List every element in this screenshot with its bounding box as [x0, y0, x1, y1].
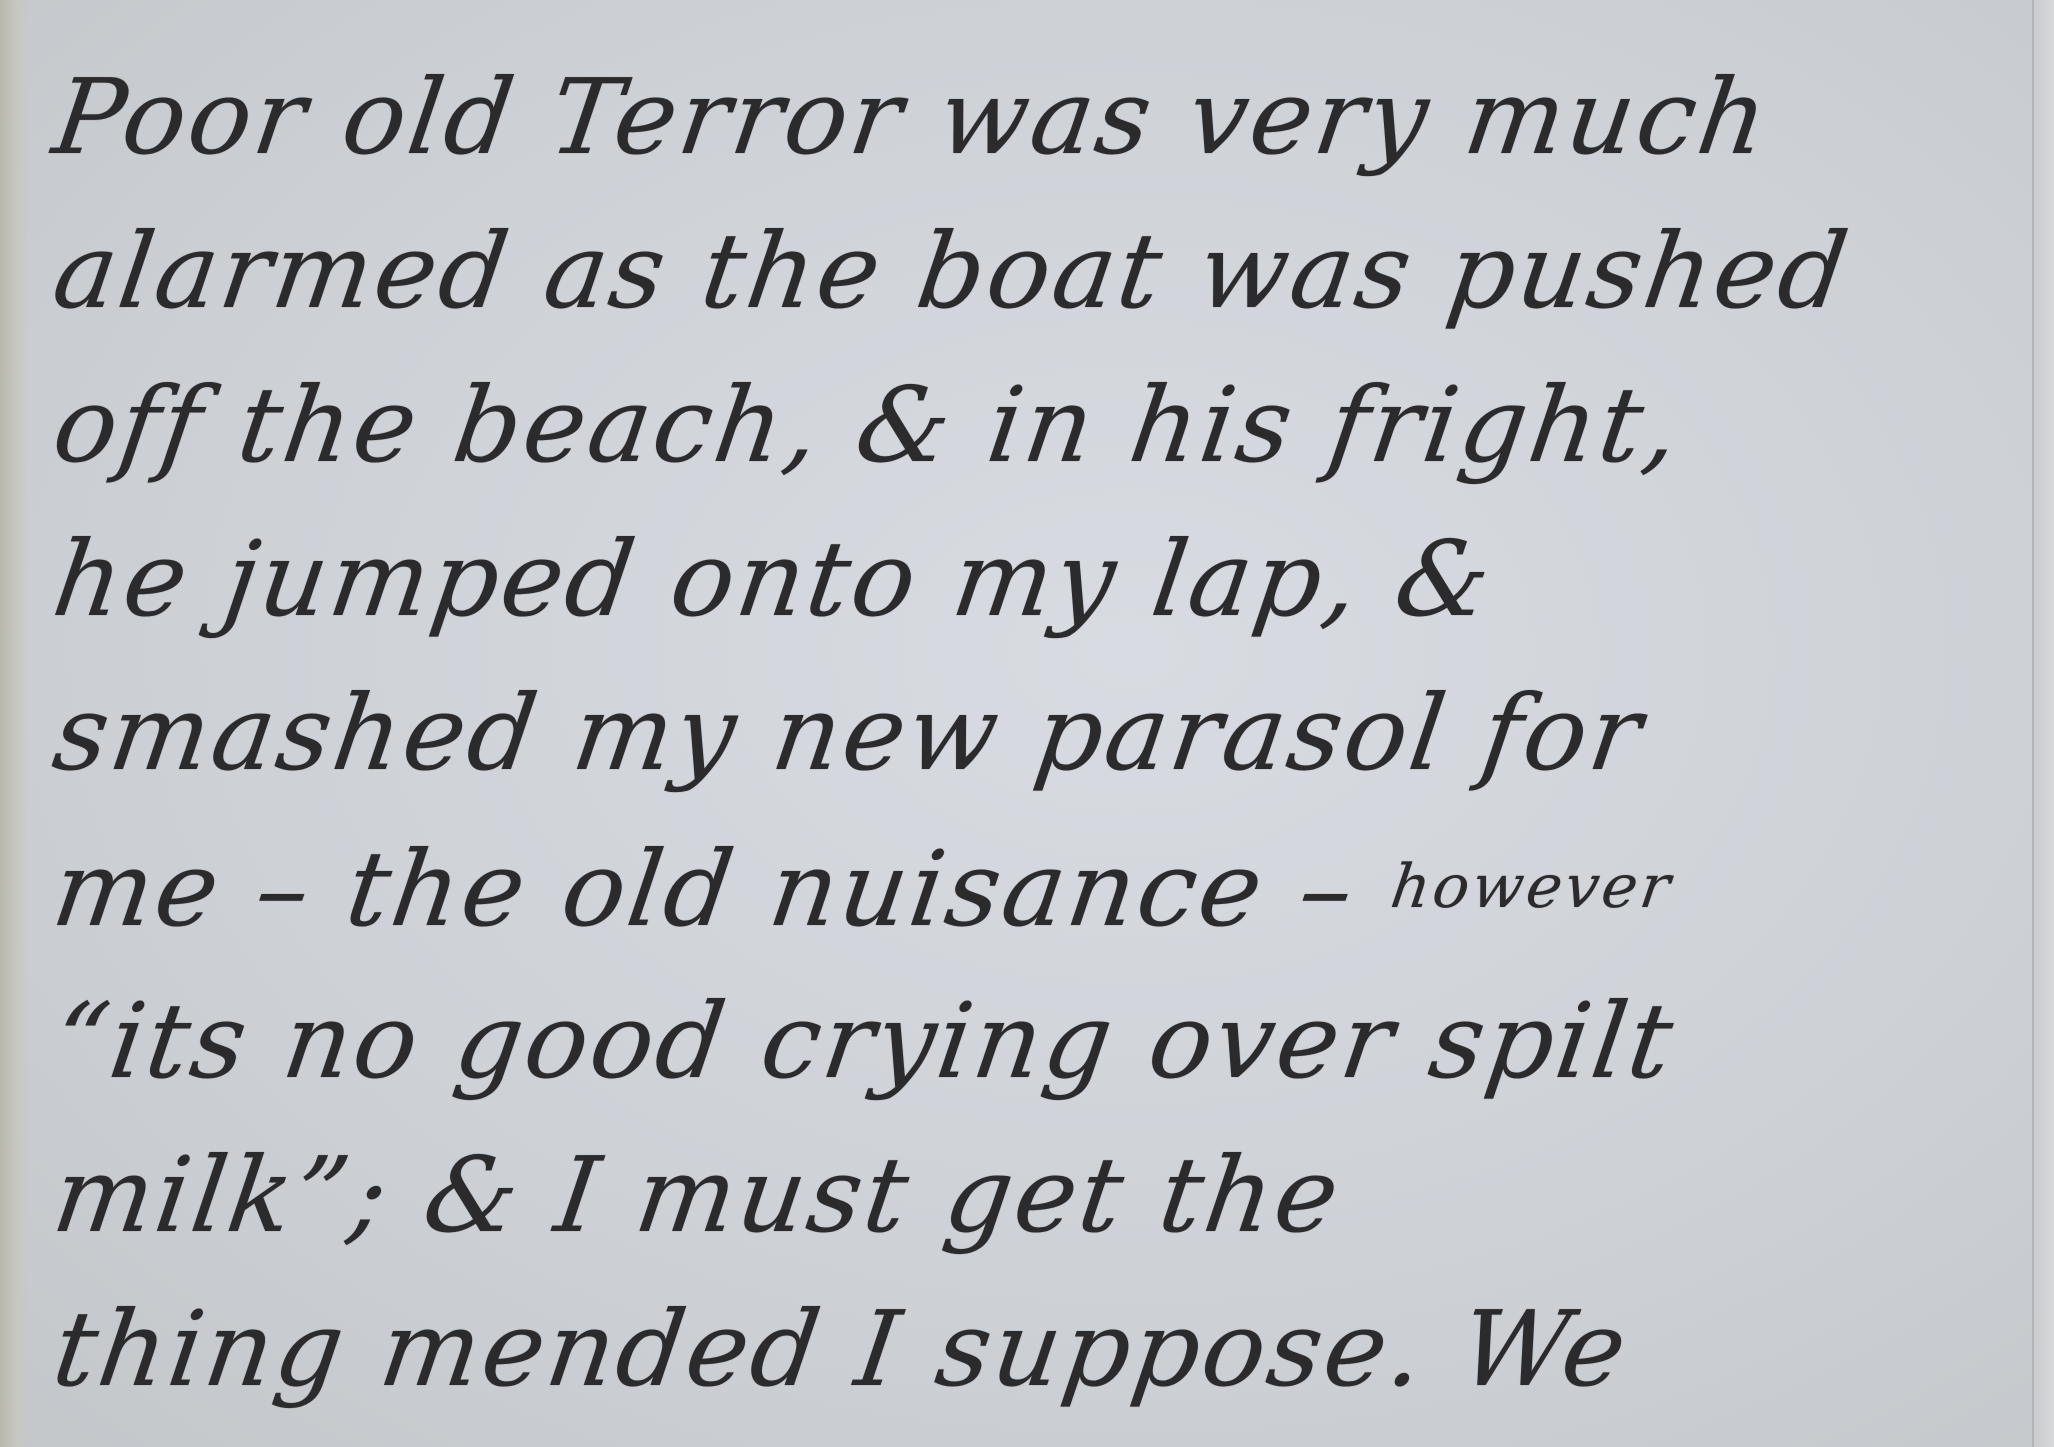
text-line-7: “its no good crying over spilt	[44, 964, 2026, 1118]
text-line-1: Poor old Terror was very much	[44, 40, 2026, 194]
paper-left-edge	[0, 0, 30, 1447]
text-line-2: alarmed as the boat was pushed	[44, 194, 2026, 348]
text-line-8: milk”; & I must get the	[44, 1118, 2026, 1272]
text-line-6-main: me – the old nuisance –	[46, 828, 1364, 950]
text-line-5: smashed my new parasol for	[44, 656, 2026, 810]
top-partial-line	[60, 0, 2010, 20]
bottom-partial-line	[100, 1395, 2000, 1447]
text-line-6: me – the old nuisance – however	[44, 810, 2026, 964]
paper-right-edge	[2034, 0, 2054, 1447]
text-line-4: he jumped onto my lap, &	[44, 502, 2026, 656]
letter-page: Poor old Terror was very much alarmed as…	[0, 0, 2054, 1447]
text-line-6-aside: however	[1387, 852, 1678, 922]
handwritten-text: Poor old Terror was very much alarmed as…	[55, 40, 2015, 1426]
text-line-3: off the beach, & in his fright,	[44, 348, 2026, 502]
